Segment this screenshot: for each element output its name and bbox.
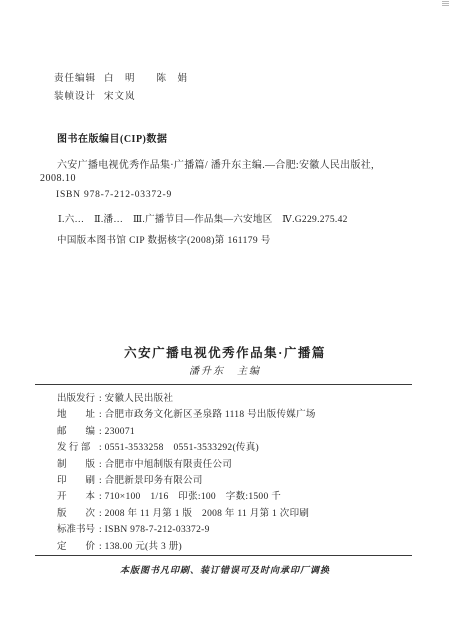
credits-value: 白 明 陈 娟 bbox=[104, 74, 188, 84]
pub-info-label: 版 次 bbox=[57, 506, 99, 522]
pub-info-row: 版 次:2008 年 11 月第 1 版 2008 年 11 月第 1 次印刷 bbox=[57, 506, 316, 522]
pub-info-label: 发 行 部 bbox=[57, 440, 99, 456]
pub-info-value: 230071 bbox=[105, 427, 135, 437]
pub-info-row: 发 行 部:0551-3533258 0551-3533292(传真) bbox=[57, 440, 316, 456]
pub-info-row: 标准书号:ISBN 978-7-212-03372-9 bbox=[57, 522, 316, 538]
pub-info-row: 出版发行:安徽人民出版社 bbox=[57, 391, 316, 407]
pub-info-value: 安徽人民出版社 bbox=[105, 394, 174, 404]
credits-label: 责任编辑 bbox=[54, 74, 96, 84]
credits-value: 宋文岚 bbox=[104, 92, 136, 102]
pub-info-separator: : bbox=[99, 440, 102, 456]
divider-top bbox=[35, 384, 412, 385]
copyright-page: 责任编辑白 明 陈 娟 装帧设计宋文岚 图书在版编目(CIP)数据 六安广播电视… bbox=[0, 0, 450, 636]
pub-info-label: 出版发行 bbox=[57, 391, 99, 407]
pub-info-label: 邮 编 bbox=[57, 424, 99, 440]
credits-row: 责任编辑白 明 陈 娟 bbox=[54, 70, 188, 88]
cip-classification: Ⅰ.六… Ⅱ.潘… Ⅲ.广播节目—作品集—六安地区 Ⅳ.G229.275.42 bbox=[58, 211, 348, 225]
pub-info-row: 邮 编:230071 bbox=[57, 424, 316, 440]
pub-info-separator: : bbox=[99, 473, 102, 489]
scan-corner-mark bbox=[442, 1, 449, 7]
book-editor: 潘升东 主编 bbox=[0, 362, 450, 377]
credits-block: 责任编辑白 明 陈 娟 装帧设计宋文岚 bbox=[54, 70, 188, 106]
pub-info-separator: : bbox=[99, 489, 102, 505]
cip-description-line1: 六安广播电视优秀作品集·广播篇/ 潘升东主编.—合肥:安徽人民出版社, bbox=[57, 156, 374, 171]
pub-info-value: 2008 年 11 月第 1 版 2008 年 11 月第 1 次印刷 bbox=[105, 509, 310, 519]
pub-info-value: 0551-3533258 0551-3533292(传真) bbox=[105, 443, 259, 453]
pub-info-separator: : bbox=[99, 457, 102, 473]
pub-info-separator: : bbox=[99, 391, 102, 407]
pub-info-value: 合肥市中旭制版有限责任公司 bbox=[105, 460, 232, 470]
pub-info-label: 定 价 bbox=[57, 539, 99, 555]
pub-info-label: 地 址 bbox=[57, 407, 99, 423]
cip-heading: 图书在版编目(CIP)数据 bbox=[57, 130, 167, 145]
cip-isbn: ISBN 978-7-212-03372-9 bbox=[56, 190, 172, 200]
pub-info-row: 地 址:合肥市政务文化新区圣泉路 1118 号出版传媒广场 bbox=[57, 407, 316, 423]
pub-info-row: 定 价:138.00 元(共 3 册) bbox=[57, 539, 316, 555]
pub-info-value: 合肥新景印务有限公司 bbox=[105, 476, 203, 486]
pub-info-row: 开 本:710×100 1/16 印张:100 字数:1500 千 bbox=[57, 489, 316, 505]
pub-info-separator: : bbox=[99, 539, 102, 555]
pub-info-row: 制 版:合肥市中旭制版有限责任公司 bbox=[57, 457, 316, 473]
credits-row: 装帧设计宋文岚 bbox=[54, 88, 188, 106]
cip-description-line2: 2008.10 bbox=[40, 173, 76, 184]
pub-info-value: 138.00 元(共 3 册) bbox=[105, 542, 182, 552]
pub-info-separator: : bbox=[99, 522, 102, 538]
pub-info-value: ISBN 978-7-212-03372-9 bbox=[105, 525, 210, 535]
pub-info-row: 印 刷:合肥新景印务有限公司 bbox=[57, 473, 316, 489]
footer-note: 本版图书凡印刷、装订错误可及时向承印厂调换 bbox=[0, 563, 450, 576]
pub-info-label: 制 版 bbox=[57, 457, 99, 473]
pub-info-separator: : bbox=[99, 424, 102, 440]
pub-info-separator: : bbox=[99, 506, 102, 522]
pub-info-separator: : bbox=[99, 407, 102, 423]
pub-info-value: 710×100 1/16 印张:100 字数:1500 千 bbox=[105, 492, 281, 502]
pub-info-label: 印 刷 bbox=[57, 473, 99, 489]
pub-info-label: 开 本 bbox=[57, 489, 99, 505]
pub-info-label: 标准书号 bbox=[57, 522, 99, 538]
credits-label: 装帧设计 bbox=[54, 92, 96, 102]
cip-record-number: 中国版本图书馆 CIP 数据核字(2008)第 161179 号 bbox=[57, 232, 271, 246]
divider-bottom bbox=[35, 555, 412, 556]
book-title: 六安广播电视优秀作品集·广播篇 bbox=[0, 343, 450, 361]
pub-info-value: 合肥市政务文化新区圣泉路 1118 号出版传媒广场 bbox=[105, 410, 316, 420]
publication-info-table: 出版发行:安徽人民出版社 地 址:合肥市政务文化新区圣泉路 1118 号出版传媒… bbox=[57, 391, 316, 555]
